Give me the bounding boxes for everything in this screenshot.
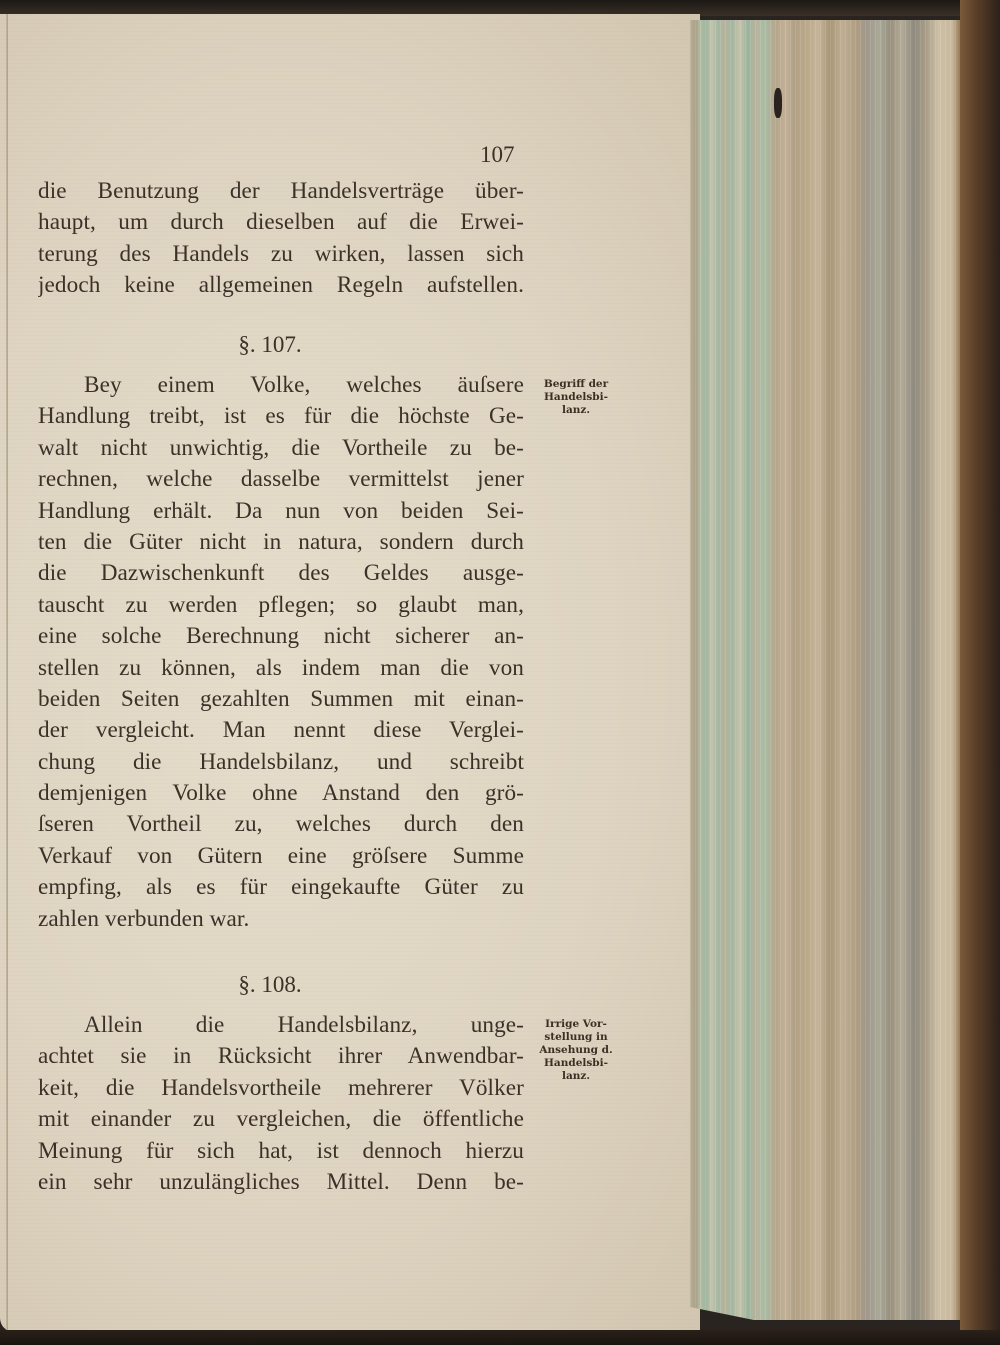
- ink-stain: [774, 88, 782, 118]
- text-line: ein sehr unzulängliches Mittel. Denn be-: [38, 1167, 524, 1198]
- text-line: keit, die Handelsvortheile mehrerer Völk…: [38, 1073, 524, 1104]
- page-number: 107: [480, 142, 515, 168]
- margin-note-line: Ansehung d.: [530, 1044, 622, 1057]
- text-line: der vergleicht. Man nennt diese Verglei-: [38, 715, 524, 746]
- section-107-body: Bey einem Volke, welches äuſsere Handlun…: [38, 370, 524, 935]
- margin-note-108: Irrige Vor- stellung in Ansehung d. Hand…: [530, 1018, 622, 1083]
- text-line: eine solche Berechnung nicht sicherer an…: [38, 621, 524, 652]
- gutter-edge: [6, 14, 8, 1332]
- text-line: stellen zu können, als indem man die von: [38, 653, 524, 684]
- page-stack-lines: [690, 20, 980, 1320]
- text-line: ſseren Vortheil zu, welches durch den: [38, 809, 524, 840]
- text-line: Allein die Handelsbilanz, unge-: [38, 1010, 524, 1041]
- book-cover-edge: [960, 0, 1000, 1345]
- text-line: zahlen verbunden war.: [38, 904, 524, 935]
- section-heading-107: §. 107.: [170, 332, 370, 358]
- text-line: demjenigen Volke ohne Anstand den grö-: [38, 778, 524, 809]
- text-line: die Benutzung der Handelsverträge über-: [38, 176, 524, 207]
- text-line: empfing, als es für eingekaufte Güter zu: [38, 872, 524, 903]
- text-line: rechnen, welche dasselbe vermittelst jen…: [38, 464, 524, 495]
- text-line: Handlung erhält. Da nun von beiden Sei-: [38, 496, 524, 527]
- section-heading-108: §. 108.: [170, 972, 370, 998]
- margin-note-line: stellung in: [530, 1031, 622, 1044]
- text-line: Handlung treibt, ist es für die höchste …: [38, 401, 524, 432]
- text-line: achtet sie in Rücksicht ihrer Anwendbar-: [38, 1041, 524, 1072]
- margin-note-line: lanz.: [530, 404, 622, 417]
- text-line: ten die Güter nicht in natura, sondern d…: [38, 527, 524, 558]
- text-line: Verkauf von Gütern eine gröſsere Summe: [38, 841, 524, 872]
- top-paragraph: die Benutzung der Handelsverträge über- …: [38, 176, 524, 302]
- margin-note-line: Handelsbi-: [530, 1057, 622, 1070]
- margin-note-107: Begriff der Handelsbi- lanz.: [530, 378, 622, 417]
- text-line: mit einander zu vergleichen, die öffentl…: [38, 1104, 524, 1135]
- text-line: walt nicht unwichtig, die Vortheile zu b…: [38, 433, 524, 464]
- margin-note-line: Irrige Vor-: [530, 1018, 622, 1031]
- text-line: Bey einem Volke, welches äuſsere: [38, 370, 524, 401]
- margin-note-line: Handelsbi-: [530, 391, 622, 404]
- text-line: die Dazwischenkunft des Geldes ausge-: [38, 558, 524, 589]
- book-page: 107 die Benutzung der Handelsverträge üb…: [0, 14, 700, 1332]
- text-line: tauscht zu werden pflegen; so glaubt man…: [38, 590, 524, 621]
- book-fore-edge: [690, 20, 980, 1320]
- text-line: haupt, um durch dieselben auf die Erwei-: [38, 207, 524, 238]
- text-line: beiden Seiten gezahlten Summen mit einan…: [38, 684, 524, 715]
- text-line: terung des Handels zu wirken, lassen sic…: [38, 239, 524, 270]
- text-line: chung die Handelsbilanz, und schreibt: [38, 747, 524, 778]
- background-shadow-bottom: [0, 1330, 1000, 1345]
- text-line: jedoch keine allgemeinen Regeln aufstell…: [38, 270, 524, 301]
- text-line: Meinung für sich hat, ist dennoch hierzu: [38, 1136, 524, 1167]
- margin-note-line: lanz.: [530, 1070, 622, 1083]
- section-108-body: Allein die Handelsbilanz, unge- achtet s…: [38, 1010, 524, 1198]
- margin-note-line: Begriff der: [530, 378, 622, 391]
